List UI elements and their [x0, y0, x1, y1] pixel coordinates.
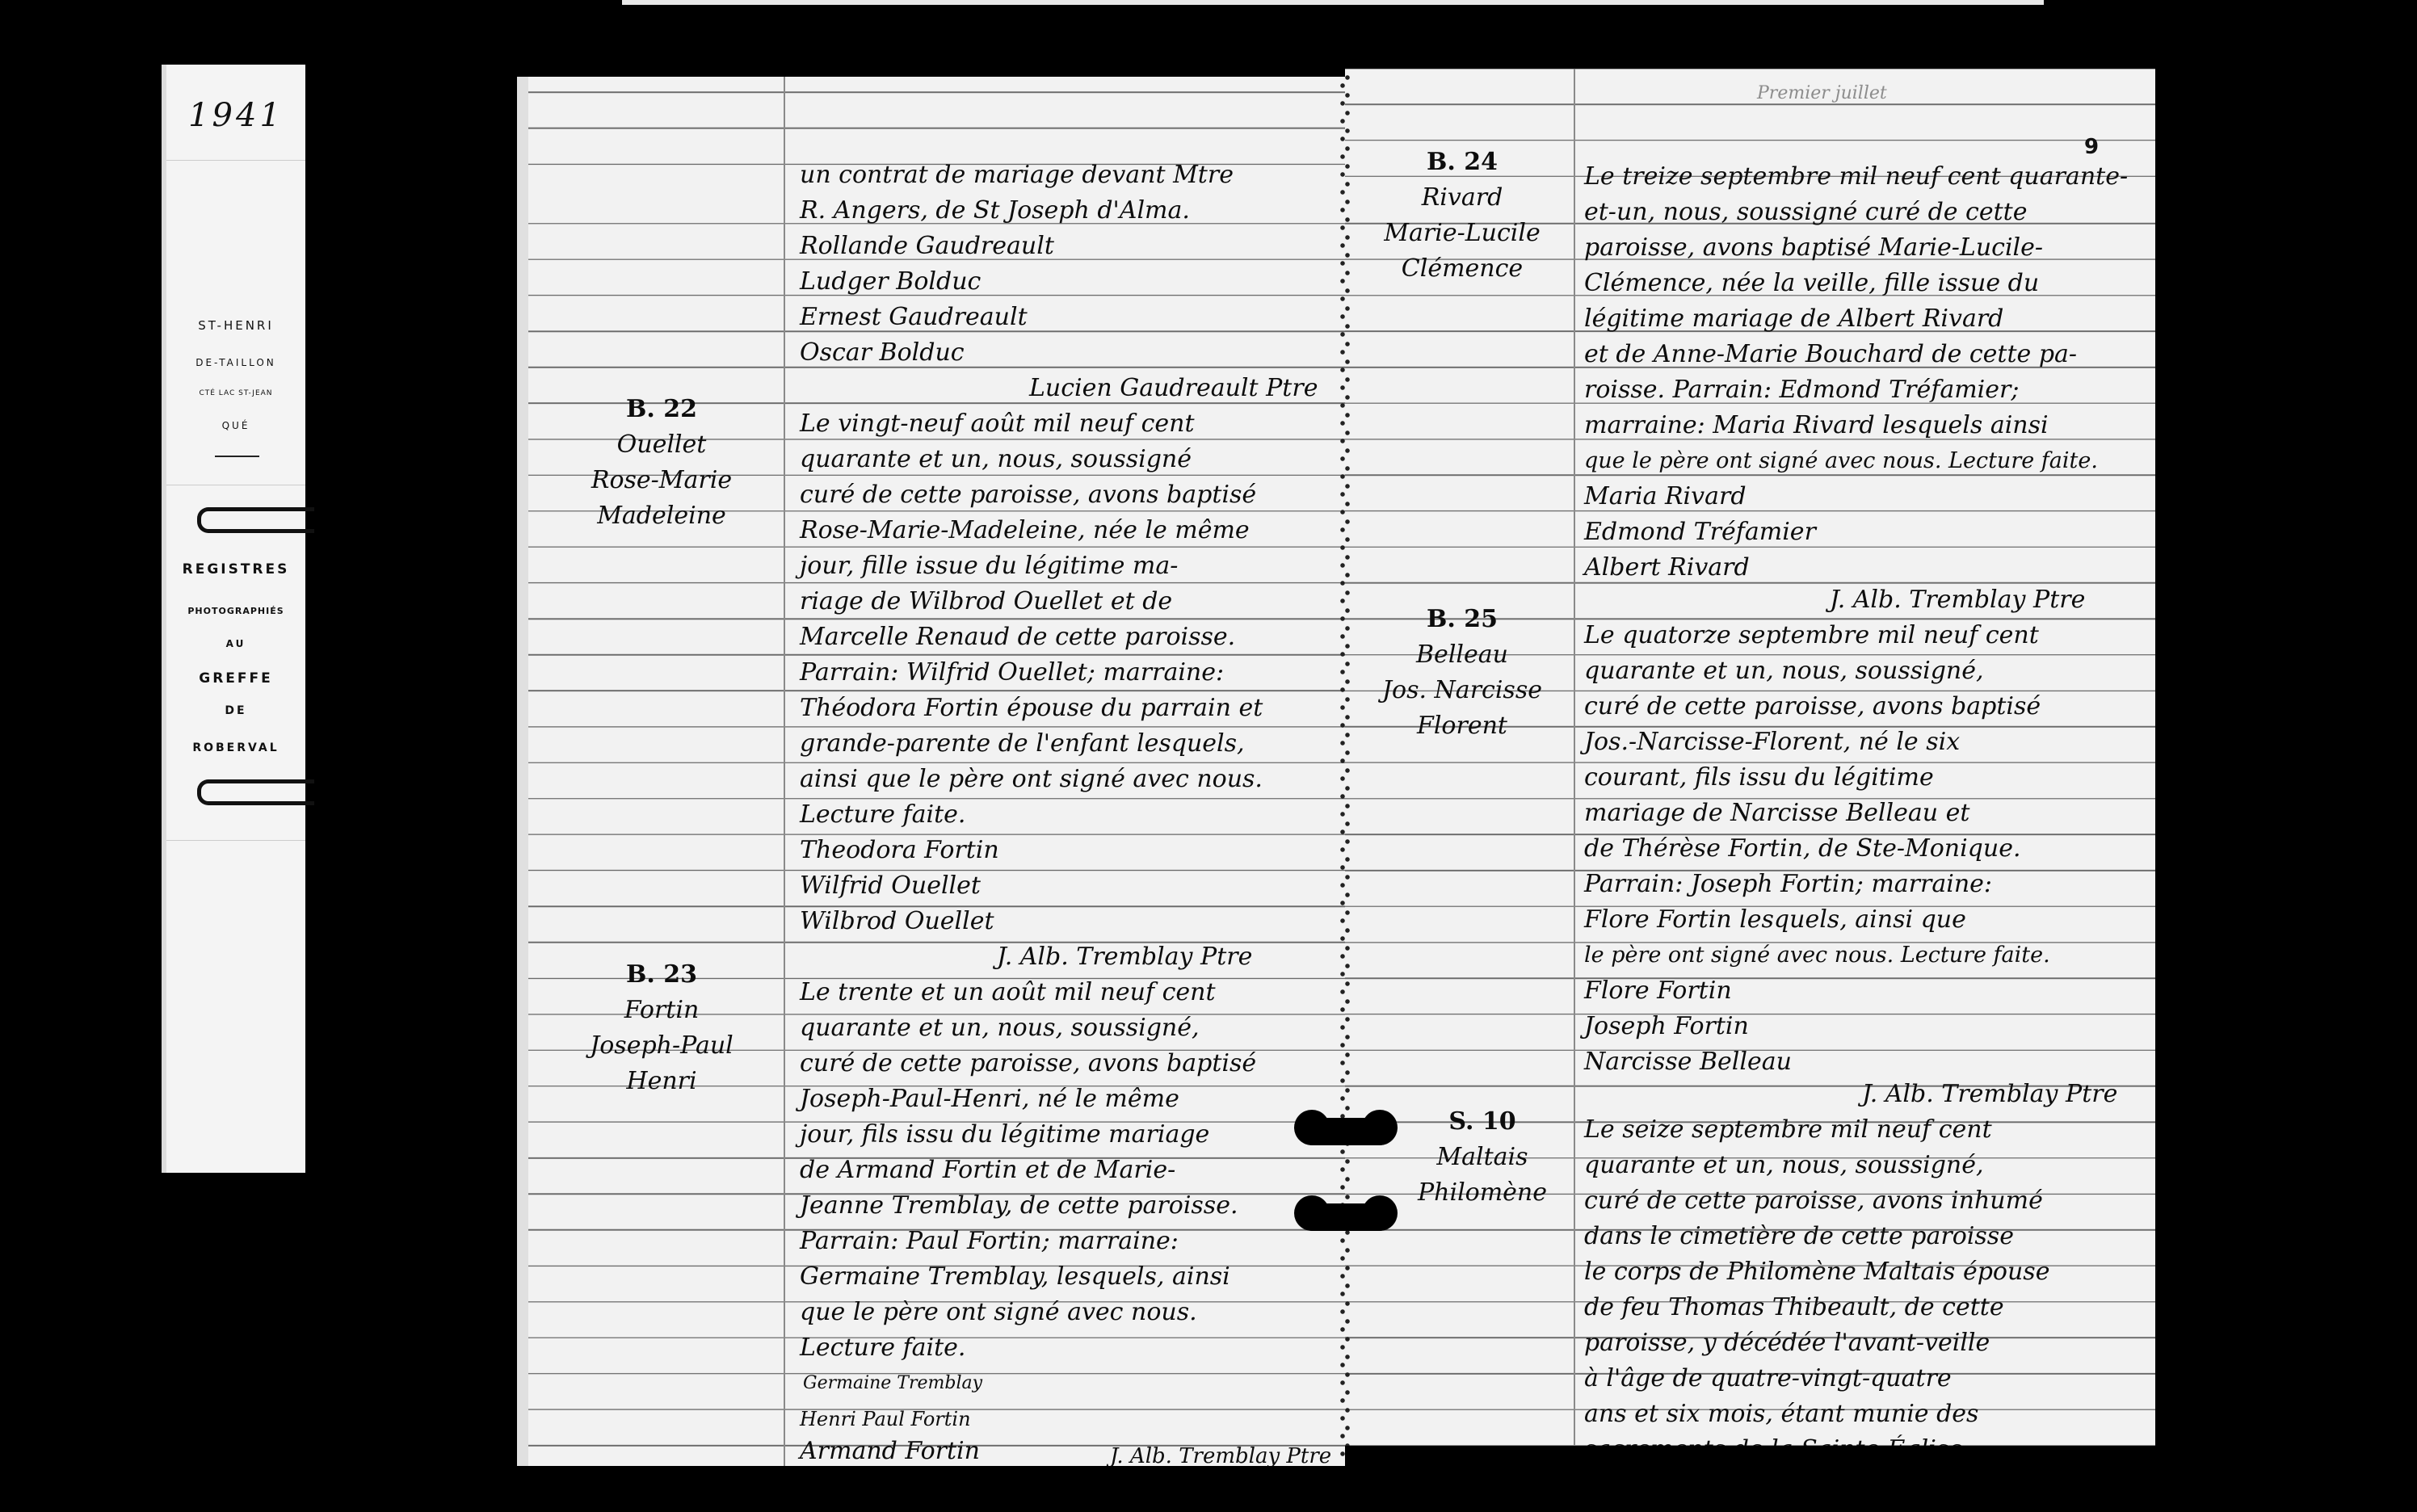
signature: Ludger Bolduc [800, 264, 981, 300]
entry-text-line: Flore Fortin lesquels, ainsi que [1584, 902, 1966, 938]
entry-text-line: Marcelle Renaud de cette paroisse. [800, 619, 1235, 655]
signature: Maria Rivard [1584, 479, 1747, 514]
entry-margin-b23: B. 23 Fortin Joseph-Paul Henri [544, 957, 779, 1099]
paperclip-icon [197, 779, 314, 805]
signature: Henri Paul Fortin [800, 1401, 971, 1437]
entry-text-line: Lecture faite. [800, 1330, 965, 1366]
priest-signature: Lucien Gaudreault Ptre [1029, 371, 1318, 406]
entry-given-names: Joseph-Paul [544, 1028, 779, 1064]
pencil-annotation: Premier juillet [1757, 83, 1887, 103]
entry-text-line: Lecture faite. [800, 797, 965, 833]
continuation-line: un contrat de mariage devant Mtre [800, 157, 1234, 193]
signature: Wilfrid Ouellet [800, 868, 981, 904]
entry-text-line: Jeanne Tremblay, de cette paroisse. [800, 1188, 1238, 1224]
signature: Germaine Tremblay [803, 1366, 982, 1401]
entry-number: B. 25 [1353, 602, 1571, 637]
signature: Ernest Gaudreault [800, 300, 1028, 335]
entry-text-line: ainsi que le père ont signé avec nous. [800, 762, 1263, 797]
entry-text-line: roisse. Parrain: Edmond Tréfamier; [1584, 372, 2019, 408]
entry-margin-b22: B. 22 Ouellet Rose-Marie Madeleine [544, 392, 779, 534]
entry-text-line: paroisse, y décédée l'avant-veille [1584, 1325, 1990, 1361]
binding-stitches [1345, 69, 1350, 1446]
entry-text-line: jour, fils issu du légitime mariage [800, 1117, 1209, 1153]
entry-given-names: Jos. Narcisse [1353, 673, 1571, 708]
entry-text-line: de Armand Fortin et de Marie- [800, 1153, 1175, 1188]
binding-ring-icon [1299, 1203, 1393, 1231]
entry-text-line: curé de cette paroisse, avons baptisé [1584, 689, 2041, 724]
signature: Flore Fortin [1584, 973, 1732, 1009]
entry-given-names: Rose-Marie [544, 463, 779, 498]
entry-text-line: de Thérèse Fortin, de Ste-Monique. [1584, 831, 2020, 867]
priest-signature: J. Alb. Tremblay Ptre [1830, 582, 2085, 618]
entry-given-names: Marie-Lucile [1353, 216, 1571, 251]
entry-margin-s10: S. 10 Maltais Philomène [1393, 1104, 1571, 1211]
entry-text-line: Le quatorze septembre mil neuf cent [1584, 618, 2039, 653]
entry-text-line: jour, fille issue du légitime ma- [800, 548, 1178, 584]
priest-signature: J. Alb. Tremblay Ptre [1110, 1438, 1331, 1466]
label-parish-line1: ST-HENRI [166, 318, 305, 333]
entry-number: B. 24 [1353, 145, 1571, 180]
entry-given-names: Henri [544, 1064, 779, 1099]
entry-text-line: sacrements de la Sainte-Église. [1584, 1432, 1970, 1446]
entry-number: S. 10 [1393, 1104, 1571, 1140]
label-title: REGISTRES [166, 561, 305, 577]
entry-text-line: Parrain: Paul Fortin; marraine: [800, 1224, 1179, 1259]
entry-text-line: Rose-Marie-Madeleine, née le même [800, 513, 1250, 548]
entry-text-line: Parrain: Joseph Fortin; marraine: [1584, 867, 1992, 902]
entry-text-line: que le père ont signé avec nous. Lecture… [1584, 443, 2098, 479]
label-line2: PHOTOGRAPHIÉS [166, 606, 305, 616]
entry-text-line: quarante et un, nous, soussigné, [1584, 1148, 1984, 1183]
entry-text-line: que le père ont signé avec nous. [800, 1295, 1197, 1330]
entry-text-line: Germaine Tremblay, lesquels, ainsi [800, 1259, 1230, 1295]
entry-text-line: curé de cette paroisse, avons baptisé [800, 477, 1256, 513]
entry-text-line: quarante et un, nous, soussigné, [800, 1010, 1200, 1046]
page-number: 9 [2084, 135, 2099, 159]
label-divider [166, 485, 305, 485]
label-line6: ROBERVAL [166, 741, 305, 754]
entry-text-line: courant, fils issu du légitime [1584, 760, 1934, 796]
priest-signature: J. Alb. Tremblay Ptre [997, 939, 1252, 975]
entry-text-line: grande-parente de l'enfant lesquels, [800, 726, 1245, 762]
label-divider [166, 160, 305, 161]
binding-ring-icon [1299, 1118, 1393, 1145]
signature: Rollande Gaudreault [800, 229, 1054, 264]
label-parish-line3: CTÉ LAC ST-JEAN [166, 389, 305, 397]
label-line3: AU [166, 638, 305, 649]
entry-text-line: Le trente et un août mil neuf cent [800, 975, 1216, 1010]
entry-text-line: ans et six mois, étant munie des [1584, 1396, 1978, 1432]
entry-text-line: Jos.-Narcisse-Florent, né le six [1584, 724, 1960, 760]
entry-text-line: Théodora Fortin épouse du parrain et [800, 691, 1263, 726]
entry-text-line: et-un, nous, soussigné curé de cette [1584, 195, 2027, 230]
entry-given-names: Madeleine [544, 498, 779, 534]
paperclip-icon [197, 507, 314, 533]
entry-given-names: Philomène [1393, 1175, 1571, 1211]
entry-text-line: Joseph-Paul-Henri, né le même [800, 1081, 1179, 1117]
signature: Wilbrod Ouellet [800, 904, 994, 939]
label-dash [215, 456, 259, 457]
entry-margin-b24: B. 24 Rivard Marie-Lucile Clémence [1353, 145, 1571, 287]
entry-text-line: et de Anne-Marie Bouchard de cette pa- [1584, 337, 2077, 372]
priest-signature: J. Alb. Tremblay Ptre [1862, 1077, 2117, 1112]
entry-text-line: Le seize septembre mil neuf cent [1584, 1112, 1992, 1148]
entry-surname: Rivard [1353, 180, 1571, 216]
entry-surname: Ouellet [544, 427, 779, 463]
entry-number: B. 22 [544, 392, 779, 427]
margin-rule [1574, 69, 1575, 1446]
entry-surname: Fortin [544, 993, 779, 1028]
left-page: un contrat de mariage devant Mtre R. Ang… [517, 77, 1345, 1466]
entry-text-line: Le vingt-neuf août mil neuf cent [800, 406, 1195, 442]
label-divider [166, 840, 305, 841]
label-parish-line2: DE-TAILLON [166, 357, 305, 368]
signature: Albert Rivard [1584, 550, 1750, 586]
right-page: Premier juillet 9 B. 24 Rivard Marie-Luc… [1345, 69, 2155, 1446]
entry-text-line: légitime mariage de Albert Rivard [1584, 301, 2003, 337]
label-year: 1941 [166, 97, 305, 134]
entry-text-line: riage de Wilbrod Ouellet et de [800, 584, 1172, 619]
label-line5: DE [166, 704, 305, 717]
signature: Armand Fortin [800, 1434, 980, 1466]
signature: Narcisse Belleau [1584, 1044, 1792, 1080]
entry-text-line: curé de cette paroisse, avons baptisé [800, 1046, 1256, 1081]
entry-text-line: dans le cimetière de cette paroisse [1584, 1219, 2014, 1254]
register-label-strip: 1941 ST-HENRI DE-TAILLON CTÉ LAC ST-JEAN… [162, 65, 305, 1173]
entry-number: B. 23 [544, 957, 779, 993]
signature: Edmond Tréfamier [1584, 514, 1816, 550]
entry-text-line: quarante et un, nous, soussigné, [1584, 653, 1984, 689]
entry-text-line: Parrain: Wilfrid Ouellet; marraine: [800, 655, 1224, 691]
entry-text-line: marraine: Maria Rivard lesquels ainsi [1584, 408, 2049, 443]
entry-text-line: Clémence, née la veille, fille issue du [1584, 266, 2039, 301]
signature: Joseph Fortin [1584, 1009, 1749, 1044]
entry-text-line: quarante et un, nous, soussigné [800, 442, 1192, 477]
entry-text-line: de feu Thomas Thibeault, de cette [1584, 1290, 2004, 1325]
entry-text-line: Le treize septembre mil neuf cent quaran… [1584, 159, 2128, 195]
signature: Oscar Bolduc [800, 335, 965, 371]
label-province: QUÉ [166, 420, 305, 431]
entry-margin-b25: B. 25 Belleau Jos. Narcisse Florent [1353, 602, 1571, 744]
entry-text-line: le corps de Philomène Maltais épouse [1584, 1254, 2049, 1290]
previous-page-edge [622, 0, 2044, 5]
entry-surname: Maltais [1393, 1140, 1571, 1175]
entry-given-names: Florent [1353, 708, 1571, 744]
label-line4: GREFFE [166, 670, 305, 687]
entry-text-line: le père ont signé avec nous. Lecture fai… [1584, 938, 2050, 973]
entry-text-line: mariage de Narcisse Belleau et [1584, 796, 1969, 831]
entry-text-line: paroisse, avons baptisé Marie-Lucile- [1584, 230, 2043, 266]
entry-given-names: Clémence [1353, 251, 1571, 287]
margin-rule [784, 77, 785, 1466]
signature: Theodora Fortin [800, 833, 999, 868]
entry-text-line: à l'âge de quatre-vingt-quatre [1584, 1361, 1952, 1396]
entry-text-line: curé de cette paroisse, avons inhumé [1584, 1183, 2043, 1219]
entry-surname: Belleau [1353, 637, 1571, 673]
continuation-line: R. Angers, de St Joseph d'Alma. [800, 193, 1190, 229]
